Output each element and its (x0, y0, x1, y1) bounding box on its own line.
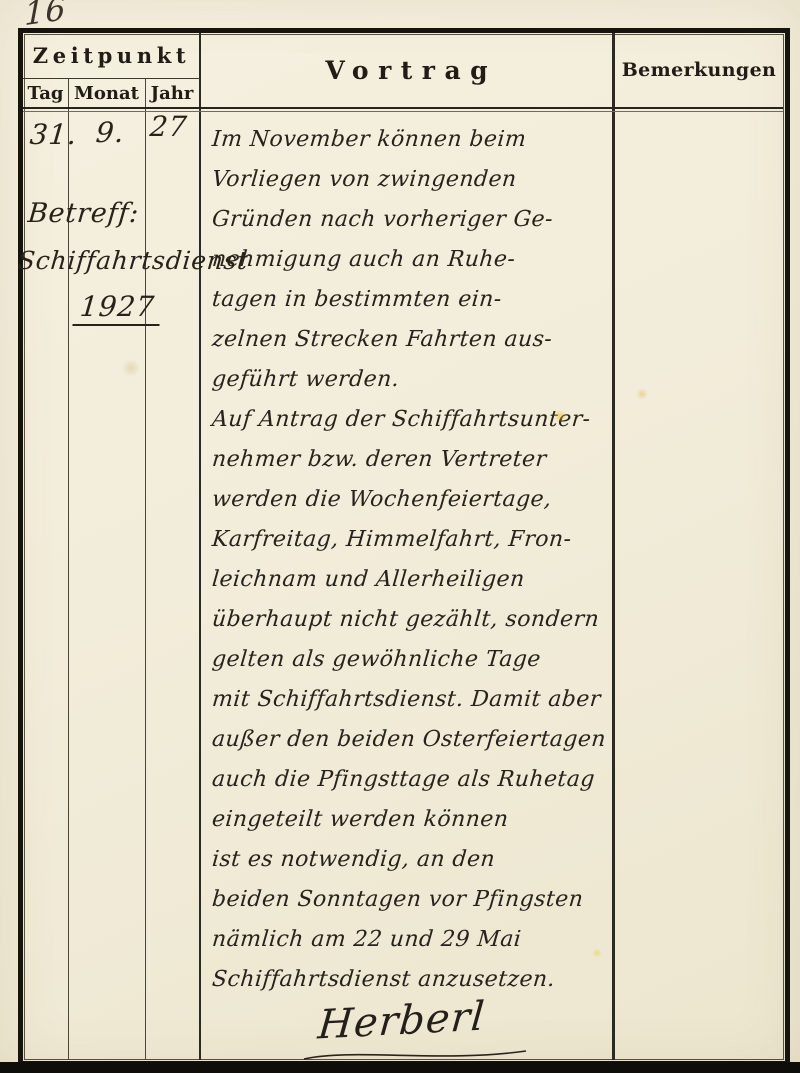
betreff-label: Betreff: (27, 198, 141, 229)
vortrag-line: werden die Wochenfeiertage, (210, 480, 611, 520)
entry-year: 27 (149, 110, 189, 143)
vortrag-line: Im November können beim (210, 120, 611, 160)
vortrag-line: geführt werden. (210, 360, 611, 400)
vortrag-line: nehmigung auch an Ruhe- (210, 240, 611, 280)
column-header-monat: Monat (68, 80, 145, 107)
entry-month: 9. (95, 116, 126, 149)
vortrag-line: tagen in bestimmten ein- (210, 280, 611, 320)
vortrag-line: Schiffahrtsdienst anzusetzen. (210, 960, 611, 1000)
rule-under-header-thick (23, 107, 783, 109)
divider-vortrag-bemerkungen (612, 33, 615, 1060)
vortrag-line: eingeteilt werden können (210, 800, 611, 840)
vortrag-line: Gründen nach vorheriger Ge- (210, 200, 611, 240)
vortrag-line: außer den beiden Osterfeiertagen (210, 720, 611, 760)
vortrag-line: gelten als gewöhnliche Tage (210, 640, 611, 680)
vortrag-text: Im November können beim Vorliegen von zw… (212, 120, 610, 1000)
scan-bottom-edge (0, 1062, 800, 1073)
vortrag-line: Karfreitag, Himmelfahrt, Fron- (210, 520, 611, 560)
vortrag-line: auch die Pfingsttage als Ruhetag (210, 760, 611, 800)
vortrag-line: Vorliegen von zwingenden (210, 160, 611, 200)
betreff-year-underlined: 1927 (72, 290, 162, 326)
vortrag-line: mit Schiffahrtsdienst. Damit aber (210, 680, 611, 720)
column-header-bemerkungen: Bemerkungen (615, 34, 783, 106)
vortrag-line: ist es notwendig, an den (210, 840, 611, 880)
signature: Herberl (316, 993, 487, 1048)
column-header-tag: Tag (23, 80, 68, 107)
vortrag-line: zelnen Strecken Fahrten aus- (210, 320, 611, 360)
column-header-jahr: Jahr (145, 80, 199, 107)
vortrag-line: überhaupt nicht gezählt, sondern (210, 600, 611, 640)
vortrag-line: nehmer bzw. deren Vertreter (210, 440, 611, 480)
vortrag-line: beiden Sonntagen vor Pfingsten (210, 880, 611, 920)
ledger-page: 16 Zeitpunkt Tag Monat Jahr Vortrag Beme… (0, 0, 800, 1073)
rule-under-zeitpunkt (23, 78, 200, 79)
vortrag-line: leichnam und Allerheiligen (210, 560, 611, 600)
divider-monat-jahr (145, 78, 146, 1060)
column-header-zeitpunkt: Zeitpunkt (23, 34, 200, 76)
divider-jahr-vortrag (199, 33, 201, 1060)
rule-under-header-thin (23, 111, 783, 112)
vortrag-line: Auf Antrag der Schiffahrtsunter- (210, 400, 611, 440)
column-header-vortrag: Vortrag (201, 34, 612, 106)
vortrag-line: nämlich am 22 und 29 Mai (210, 920, 611, 960)
entry-day: 31. (29, 118, 79, 151)
